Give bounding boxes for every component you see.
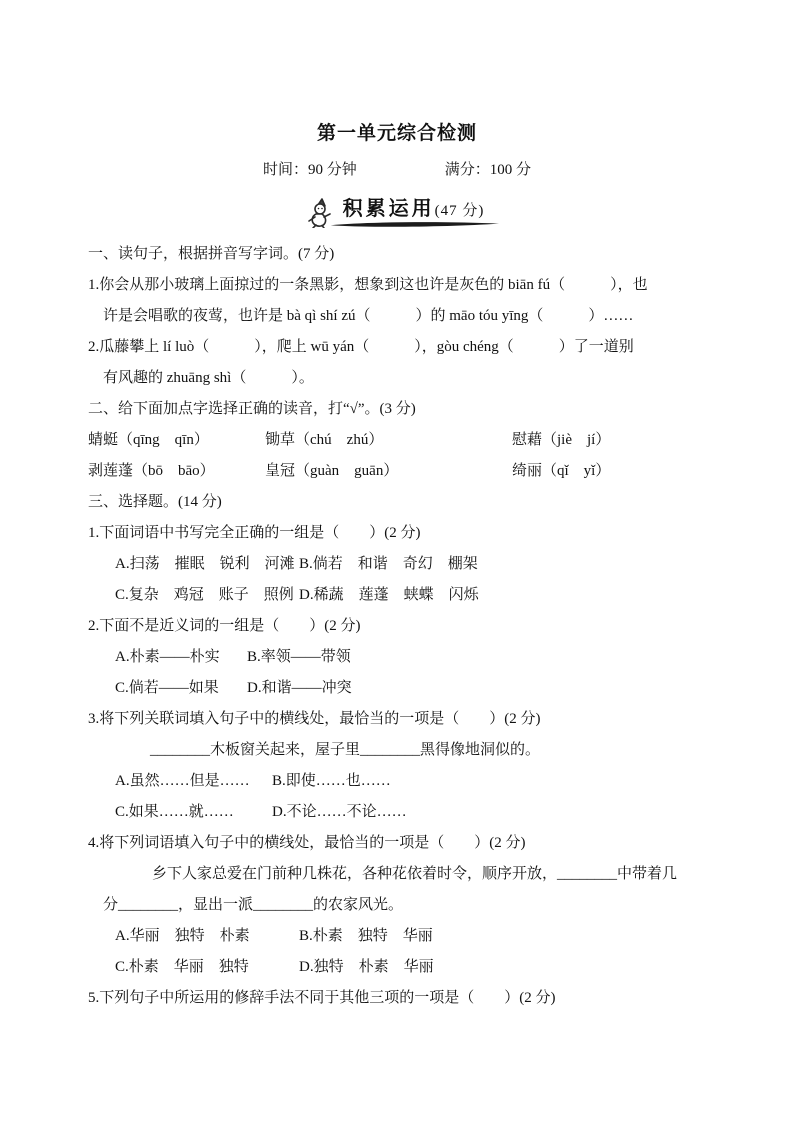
- part3-q3-options-cd: C.如果……就…… D.不论……不论……: [88, 797, 712, 828]
- part3-q1-options-ab: A.扫荡 摧眠 锐利 河滩 B.倘若 和谐 奇幻 棚架: [88, 549, 712, 580]
- option-b: B.率领——带领: [247, 642, 351, 673]
- part3-q4-stem: 4.将下列词语填入句子中的横线处，最恰当的一项是（ ）(2 分): [88, 828, 712, 859]
- part3-q4-sentence-line1: 乡下人家总爱在门前种几株花，各种花依着时令，顺序开放，________中带着几: [88, 859, 712, 890]
- option-d: D.稀蔬 莲蓬 蛱蝶 闪烁: [299, 580, 479, 611]
- option-d: D.独特 朴素 华丽: [299, 952, 434, 983]
- pinyin-choice: 慰藉（jiè jí）: [512, 425, 610, 456]
- time-label: 时间：90 分钟: [263, 158, 357, 179]
- part3-q1-options-cd: C.复杂 鸡冠 账子 照例 D.稀蔬 莲蓬 蛱蝶 闪烁: [88, 580, 712, 611]
- exam-meta: 时间：90 分钟 满分：100 分: [0, 158, 794, 179]
- option-b: B.即使……也……: [272, 766, 391, 797]
- section-score: (47 分): [435, 203, 485, 219]
- part3-q4-options-cd: C.朴素 华丽 独特 D.独特 朴素 华丽: [88, 952, 712, 983]
- section-title-group: 积累运用(47 分): [341, 192, 489, 228]
- pinyin-choice: 绮丽（qǐ yǐ）: [512, 456, 610, 487]
- part1-q2-line2: 有风趣的 zhuāng shì（ ）。: [88, 363, 712, 394]
- part3-q2-options-ab: A.朴素——朴实 B.率领——带领: [88, 642, 712, 673]
- option-c: C.如果……就……: [115, 797, 272, 828]
- part1-q2-line1: 2.瓜藤攀上 lí luò（ ），爬上 wū yán（ ），gòu chéng（…: [88, 332, 712, 363]
- part3-q3-sentence: ________木板窗关起来，屋子里________黑得像地洞似的。: [88, 735, 712, 766]
- option-c: C.倘若——如果: [115, 673, 247, 704]
- part1-q1-line1: 1.你会从那小玻璃上面掠过的一条黑影，想象到这也许是灰色的 biān fú（ ）…: [88, 270, 712, 301]
- exam-page: 第一单元综合检测 时间：90 分钟 满分：100 分 积累: [0, 0, 794, 1123]
- part3-q5-stem: 5.下列句子中所运用的修辞手法不同于其他三项的一项是（ ）(2 分): [88, 983, 712, 1014]
- option-c: C.朴素 华丽 独特: [115, 952, 299, 983]
- option-d: D.不论……不论……: [272, 797, 407, 828]
- part1-q1-line2: 许是会唱歌的夜莺，也许是 bà qì shí zú（ ）的 māo tóu yī…: [88, 301, 712, 332]
- pinyin-choice: 锄草（chú zhú）: [265, 425, 512, 456]
- full-score-label: 满分：100 分: [445, 158, 531, 179]
- part1-heading: 一、读句子，根据拼音写字词。(7 分): [88, 239, 712, 270]
- pinyin-choice: 皇冠（guàn guān）: [265, 456, 512, 487]
- part2-pinyin-row2: 剥莲蓬（bō bāo） 皇冠（guàn guān） 绮丽（qǐ yǐ）: [88, 456, 712, 487]
- part3-q2-options-cd: C.倘若——如果 D.和谐——冲突: [88, 673, 712, 704]
- pinyin-choice: 蜻蜓（qīng qīn）: [88, 425, 265, 456]
- section-header: 积累运用(47 分): [0, 192, 794, 228]
- part3-q2-stem: 2.下面不是近义词的一组是（ ）(2 分): [88, 611, 712, 642]
- option-a: A.朴素——朴实: [115, 642, 247, 673]
- part3-q1-stem: 1.下面词语中书写完全正确的一组是（ ）(2 分): [88, 518, 712, 549]
- page-title: 第一单元综合检测: [0, 118, 794, 145]
- part3-q4-options-ab: A.华丽 独特 朴素 B.朴素 独特 华丽: [88, 921, 712, 952]
- brush-stroke-underline: [329, 221, 501, 228]
- option-b: B.倘若 和谐 奇幻 棚架: [299, 549, 478, 580]
- part3-q3-options-ab: A.虽然……但是…… B.即使……也……: [88, 766, 712, 797]
- exam-body: 一、读句子，根据拼音写字词。(7 分) 1.你会从那小玻璃上面掠过的一条黑影，想…: [88, 239, 712, 1014]
- pinyin-choice: 剥莲蓬（bō bāo）: [88, 456, 265, 487]
- option-d: D.和谐——冲突: [247, 673, 352, 704]
- part3-heading: 三、选择题。(14 分): [88, 487, 712, 518]
- option-a: A.虽然……但是……: [115, 766, 272, 797]
- part3-q3-stem: 3.将下列关联词填入句子中的横线处，最恰当的一项是（ ）(2 分): [88, 704, 712, 735]
- option-c: C.复杂 鸡冠 账子 照例: [115, 580, 299, 611]
- part3-q4-sentence-line2: 分________，显出一派________的农家风光。: [88, 890, 712, 921]
- part2-pinyin-row1: 蜻蜓（qīng qīn） 锄草（chú zhú） 慰藉（jiè jí）: [88, 425, 712, 456]
- option-a: A.扫荡 摧眠 锐利 河滩: [115, 549, 299, 580]
- section-title: 积累运用: [343, 198, 435, 220]
- option-a: A.华丽 独特 朴素: [115, 921, 299, 952]
- part2-heading: 二、给下面加点字选择正确的读音，打“√”。(3 分): [88, 394, 712, 425]
- option-b: B.朴素 独特 华丽: [299, 921, 433, 952]
